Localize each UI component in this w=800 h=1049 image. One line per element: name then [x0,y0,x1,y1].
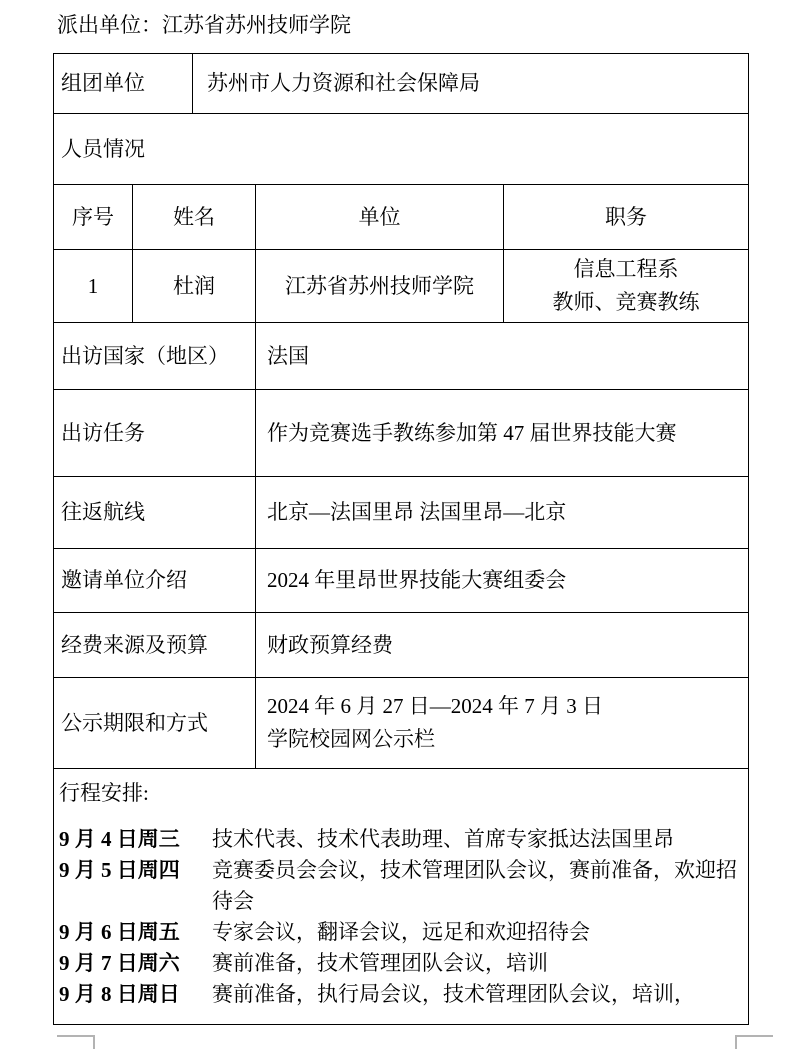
table-row-country: 出访国家（地区） 法国 [54,323,749,390]
table-row-mission: 出访任务 作为竞赛选手教练参加第 47 届世界技能大赛 [54,390,749,477]
group-unit-label: 组团单位 [54,54,193,114]
publicity-table: 组团单位 苏州市人力资源和社会保障局 人员情况 序号 姓名 单位 职务 1 杜润… [53,53,749,1025]
route-label: 往返航线 [54,477,256,549]
publicity-label: 公示期限和方式 [54,678,256,769]
page-margin-mark-left [57,1035,95,1049]
group-unit-value: 苏州市人力资源和社会保障局 [193,54,749,114]
table-row-publicity: 公示期限和方式 2024 年 6 月 27 日—2024 年 7 月 3 日 学… [54,678,749,769]
personnel-section-title: 人员情况 [54,114,749,185]
dispatch-unit-line: 派出单位：江苏省苏州技师学院 [57,9,351,39]
table-row-personnel-title: 人员情况 [54,114,749,185]
itinerary-date: 9 月 4 日周三 [59,824,212,855]
publicity-value-line1: 2024 年 6 月 27 日—2024 年 7 月 3 日 [267,690,748,723]
table-row-route: 往返航线 北京—法国里昂 法国里昂—北京 [54,477,749,549]
funding-value: 财政预算经费 [256,613,749,678]
person-title-line2: 教师、竞赛教练 [504,286,748,319]
itinerary-entry: 9 月 4 日周三 技术代表、技术代表助理、首席专家抵达法国里昂 [59,824,742,855]
table-row-person-header: 序号 姓名 单位 职务 [54,185,749,250]
itinerary-cell: 行程安排: 9 月 4 日周三 技术代表、技术代表助理、首席专家抵达法国里昂 9… [54,769,749,1025]
itinerary-activity: 竞赛委员会会议，技术管理团队会议，赛前准备，欢迎招待会 [212,855,742,917]
itinerary-entry: 9 月 5 日周四 竞赛委员会会议，技术管理团队会议，赛前准备，欢迎招待会 [59,855,742,917]
mission-value: 作为竞赛选手教练参加第 47 届世界技能大赛 [256,390,749,477]
itinerary-date: 9 月 6 日周五 [59,917,212,948]
funding-label: 经费来源及预算 [54,613,256,678]
itinerary-date: 9 月 5 日周四 [59,855,212,917]
table-row-funding: 经费来源及预算 财政预算经费 [54,613,749,678]
table-row-itinerary: 行程安排: 9 月 4 日周三 技术代表、技术代表助理、首席专家抵达法国里昂 9… [54,769,749,1025]
country-value: 法国 [256,323,749,390]
itinerary-activity: 专家会议，翻译会议，远足和欢迎招待会 [212,917,742,948]
inviter-label: 邀请单位介绍 [54,549,256,613]
publicity-value: 2024 年 6 月 27 日—2024 年 7 月 3 日 学院校园网公示栏 [256,678,749,769]
column-header-no: 序号 [54,185,133,250]
document-page: 派出单位：江苏省苏州技师学院 组团单位 苏州市人力资源和社会保障局 人员情况 序… [0,0,800,1049]
person-no: 1 [54,250,133,323]
itinerary-title: 行程安排: [59,778,742,809]
table-row-group-unit: 组团单位 苏州市人力资源和社会保障局 [54,54,749,114]
route-value: 北京—法国里昂 法国里昂—北京 [256,477,749,549]
person-title-line1: 信息工程系 [504,253,748,286]
mission-label: 出访任务 [54,390,256,477]
itinerary-activity: 技术代表、技术代表助理、首席专家抵达法国里昂 [212,824,742,855]
itinerary-entry: 9 月 7 日周六 赛前准备，技术管理团队会议，培训 [59,948,742,979]
column-header-name: 姓名 [133,185,256,250]
person-name: 杜润 [133,250,256,323]
itinerary-entry: 9 月 6 日周五 专家会议，翻译会议，远足和欢迎招待会 [59,917,742,948]
itinerary-activity: 赛前准备，技术管理团队会议，培训 [212,948,742,979]
inviter-value: 2024 年里昂世界技能大赛组委会 [256,549,749,613]
itinerary-entry: 9 月 8 日周日 赛前准备，执行局会议，技术管理团队会议，培训， [59,979,742,1010]
column-header-unit: 单位 [256,185,504,250]
country-label: 出访国家（地区） [54,323,256,390]
column-header-title: 职务 [504,185,749,250]
table-row-person: 1 杜润 江苏省苏州技师学院 信息工程系 教师、竞赛教练 [54,250,749,323]
page-margin-mark-right [735,1035,773,1049]
person-unit: 江苏省苏州技师学院 [256,250,504,323]
itinerary-date: 9 月 8 日周日 [59,979,212,1010]
itinerary-activity: 赛前准备，执行局会议，技术管理团队会议，培训， [212,979,742,1010]
itinerary-date: 9 月 7 日周六 [59,948,212,979]
publicity-value-line2: 学院校园网公示栏 [267,723,748,756]
person-title: 信息工程系 教师、竞赛教练 [504,250,749,323]
table-row-inviter: 邀请单位介绍 2024 年里昂世界技能大赛组委会 [54,549,749,613]
